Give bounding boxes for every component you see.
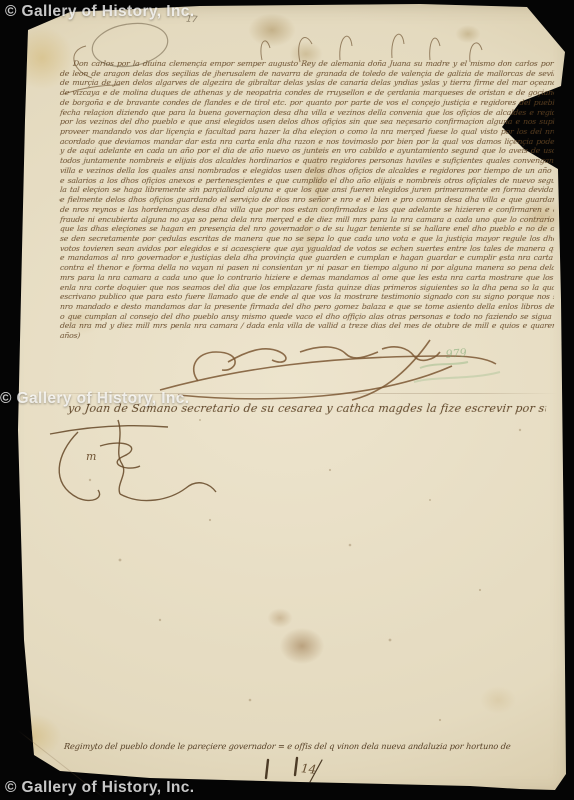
manuscript-line: nro mandado e desto mandamos dar la pres… <box>60 302 555 312</box>
watermark-middle: © Gallery of History, Inc. <box>0 390 190 408</box>
manuscript-line: por los vezinos del dho pueblo e que ans… <box>60 117 555 127</box>
manuscript-line: fecha relaçion diziendo que para la buen… <box>60 108 555 118</box>
manuscript-line: y de aqui adelante en cada un año por el… <box>60 146 555 156</box>
docket-line: Regimyto del pueblo donde le pareçiere g… <box>64 741 513 751</box>
manuscript-line: dela nra md y diez mill mrs penla nra ca… <box>60 321 555 331</box>
manuscript-line: Don carlos por la diuina clemençia empor… <box>60 59 555 69</box>
manuscript-line: de nros reynos e las hordenanças desa dh… <box>60 205 555 215</box>
manuscript-line: que las dhas eleçiones se hagan en prese… <box>60 224 555 234</box>
manuscript-line: todos juntamente nombreis e elijais dos … <box>60 156 555 166</box>
watermark-top: © Gallery of History, Inc. <box>5 3 195 21</box>
manuscript-line: mrs para la nra camara a cada uno que lo… <box>60 273 555 283</box>
manuscript-line: votos tovieren sean avidos por elegidos … <box>60 244 555 254</box>
manuscript-line: enla nra corte doquier que nos seamos de… <box>60 283 555 293</box>
manuscript-line: años) <box>60 331 555 341</box>
manuscript-line: la tal eleçion se haga libremente sin pa… <box>60 185 555 195</box>
manuscript-line: se den secretamente por çedulas escritas… <box>60 234 555 244</box>
manuscript-line: contra el thenor e forma della no vayan … <box>60 263 555 273</box>
photograph-of-manuscript: Don carlos por la diuina clemençia empor… <box>0 0 574 800</box>
bottom-ink-number: 14 <box>300 761 317 777</box>
manuscript-body-text: Don carlos por la diuina clemençia empor… <box>60 59 554 341</box>
manuscript-line: de leon de aragon delas dos seçilias de … <box>60 69 555 79</box>
manuscript-line: de vizcaya e de molina duques de athenas… <box>60 88 555 98</box>
manuscript-line: o que cumplan al consejo del dho pueblo … <box>60 312 555 322</box>
manuscript-line: acordado que deviamos mandar dar esta nr… <box>60 137 555 147</box>
watermark-bottom: © Gallery of History, Inc. <box>5 779 195 797</box>
manuscript-line: villa e vezinos della los quales ansi no… <box>60 166 555 176</box>
manuscript-line: e mandamos al nro governador e justiçias… <box>60 253 555 263</box>
manuscript-line: fraude ni encubierta alguna no aya so pe… <box>60 215 555 225</box>
manuscript-line: escrivano publico que para esto fuere ll… <box>60 292 555 302</box>
manuscript-line: e salarios a los dhos ofiçios anexos e p… <box>60 176 555 186</box>
manuscript-line: de murçia de jaen delos algarves de alge… <box>60 78 555 88</box>
manuscript-line: de borgoña e de bravante condes de fland… <box>60 98 555 108</box>
manuscript-line: proveer mandando vos dar liçençia e facu… <box>60 127 555 137</box>
manuscript-line: e fielmente delos dhos ofiçios guardando… <box>60 195 555 205</box>
